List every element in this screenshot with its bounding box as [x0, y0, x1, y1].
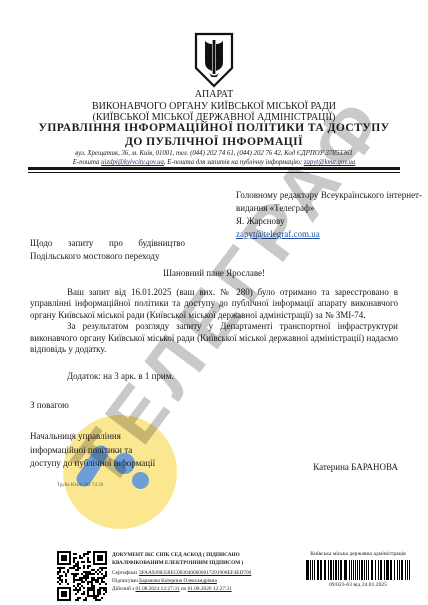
ukraine-trident-emblem-icon [192, 32, 236, 88]
email-line-middle: , Е-пошта для запитів на публічну інформ… [164, 159, 304, 166]
signer-value: Баранова Катерина Олександрівна [139, 578, 217, 584]
esign-header: ДОКУМЕНТ ІКС ЄІПК СЕД АСКОД ( ПІДПИСАНО … [112, 552, 292, 566]
attachment-note: Додаток: на 3 арк. в 1 прим. [30, 371, 398, 382]
cert-label: Сертифікат [112, 570, 139, 576]
esign-header-line2: КВАЛІФІКОВАНИМ ЕЛЕКТРОННИМ ПІДПИСОМ ) [112, 560, 292, 567]
email-line-prefix: Е-пошта [73, 159, 101, 166]
header-rule-thick [28, 167, 400, 170]
recipient-name: Я. Жарєнову [236, 215, 422, 228]
signer-label: Підписувач [112, 578, 139, 584]
email-requests-link[interactable]: zapyt@kma.gov.ua [304, 159, 355, 166]
esign-info-block: ДОКУМЕНТ ІКС ЄІПК СЕД АСКОД ( ПІДПИСАНО … [112, 552, 292, 594]
official-letter-page: ТЕЛЕГРАФ АПАРАТ ВИКОНАВЧОГО ОРГАНУ КИЇВС… [0, 0, 428, 605]
esign-certificate: Сертифікат 3FAA9288358EC0030400000017291… [112, 570, 292, 577]
recipient-org: Головному редактору Всеукраїнського інте… [236, 189, 422, 215]
valid-middle: по [180, 586, 188, 592]
signer-title-line1: Начальниця управління [30, 430, 200, 444]
header-rule-thin [28, 172, 400, 173]
department-title: УПРАВЛІННЯ ІНФОРМАЦІЙНОЇ ПОЛІТИКИ ТА ДОС… [0, 121, 428, 149]
subject-line: Щодо запиту про будівництво Подільського… [30, 237, 185, 263]
email-general-link[interactable]: uizdpi@kyivcity.gov.ua [101, 159, 164, 166]
valid-label: Дійсний з [112, 586, 136, 592]
recipient-email-link[interactable]: zapyt@telegraf.com.ua [236, 229, 320, 239]
executor-note: Труба Юлія 202 74 26 [57, 483, 103, 488]
esign-signer: Підписувач Баранова Катерина Олександрів… [112, 578, 292, 585]
registration-stamp-block: Київська міська державна адміністрація 0… [292, 551, 424, 589]
valid-from: 01.08.2024 12:27:31 [136, 586, 180, 592]
esign-header-line1: ДОКУМЕНТ ІКС ЄІПК СЕД АСКОД ( ПІДПИСАНО [112, 552, 292, 559]
dept-line1: УПРАВЛІННЯ ІНФОРМАЦІЙНОЇ ПОЛІТИКИ ТА ДОС… [0, 121, 428, 135]
valid-to: 01.08.2026 12:27:31 [188, 586, 232, 592]
esign-validity: Дійсний з 01.08.2024 12:27:31 по 01.08.2… [112, 586, 292, 593]
stamp-blue-dot-2 [132, 472, 149, 489]
letterhead-contacts: вул. Хрещатик, 36, м. Київ, 01001, тел. … [0, 149, 428, 167]
qr-code-icon [57, 551, 107, 601]
closing-line: З повагою [30, 400, 398, 411]
address-line: вул. Хрещатик, 36, м. Київ, 01001, тел. … [0, 149, 428, 158]
org-line1: АПАРАТ [0, 89, 428, 101]
dept-line2: ДО ПУБЛІЧНОЇ ІНФОРМАЦІЇ [0, 135, 428, 149]
body-paragraph-2: За результатом розгляду запиту у Департа… [30, 321, 398, 355]
barcode-icon [306, 560, 410, 580]
body-paragraph-1: Ваш запит від 16.01.2025 (ваш вих. № 280… [30, 287, 398, 321]
signer-title-line2: інформаційної політики та [30, 444, 200, 458]
org-line2: ВИКОНАВЧОГО ОРГАНУ КИЇВСЬКОЇ МІСЬКОЇ РАД… [0, 101, 428, 113]
registration-org-name: Київська міська державна адміністрація [292, 551, 424, 558]
recipient-block: Головному редактору Всеукраїнського інте… [236, 189, 422, 241]
org-name-block: АПАРАТ ВИКОНАВЧОГО ОРГАНУ КИЇВСЬКОЇ МІСЬ… [0, 89, 428, 124]
signer-name: Катерина БАРАНОВА [0, 462, 398, 472]
letter-body: Ваш запит від 16.01.2025 (ваш вих. № 280… [30, 287, 398, 411]
salutation: Шановний пане Ярославе! [0, 268, 428, 278]
email-line: Е-пошта uizdpi@kyivcity.gov.ua, Е-пошта … [0, 158, 428, 167]
registration-number: 09/023-63 від 24.01.2025 [292, 582, 424, 589]
cert-value: 3FAA9288358EC0030400000017291900EF4ED700 [139, 570, 251, 576]
